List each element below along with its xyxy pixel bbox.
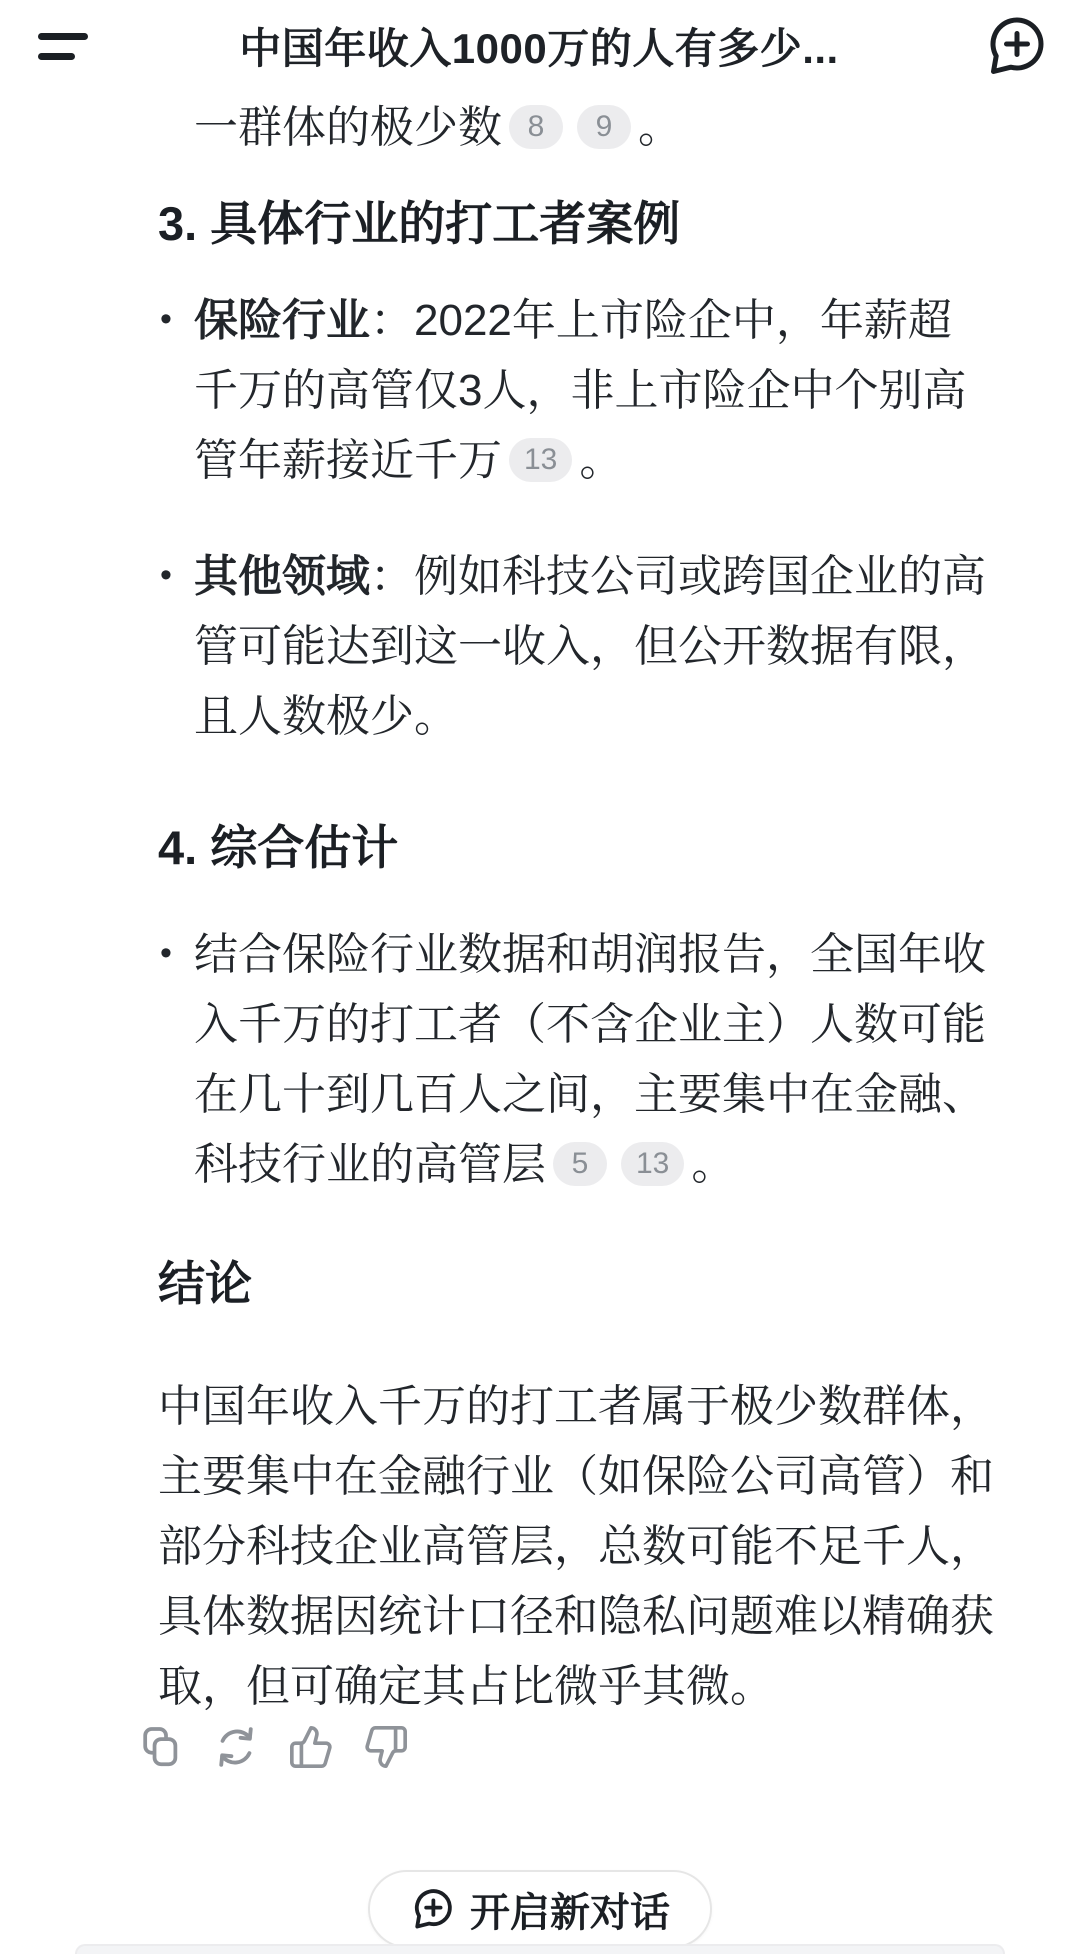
chat-bubble-plus-icon [410, 1887, 454, 1931]
hamburger-icon [38, 33, 88, 40]
citation-badge[interactable]: 13 [621, 1142, 684, 1186]
citation-badge[interactable]: 5 [553, 1142, 607, 1186]
bullet-item: • 其他领域：例如科技公司或跨国企业的高管可能达到这一收入，但公开数据有限，且人… [158, 542, 994, 752]
app-header: 中国年收入1000万的人有多少... [0, 0, 1080, 92]
citation-badge[interactable]: 8 [509, 105, 563, 149]
bullet-item: • 保险行业：2022年上市险企中，年薪超千万的高管仅3人，非上市险企中个别高管… [158, 286, 994, 496]
message-input-bar[interactable] [75, 1944, 1005, 1954]
chat-bubble-plus-icon [983, 14, 1047, 78]
message-action-bar [138, 1722, 1080, 1770]
thumbs-down-icon [363, 1724, 409, 1770]
section-heading: 3. 具体行业的打工者案例 [158, 196, 994, 252]
bullet-bold-label: 其他领域 [194, 552, 370, 601]
message-text: 一群体的极少数 [194, 103, 502, 152]
new-conversation-button[interactable]: 开启新对话 [368, 1870, 712, 1948]
citation-badge[interactable]: 13 [509, 438, 572, 482]
copy-icon [138, 1724, 184, 1770]
regenerate-button[interactable] [213, 1724, 259, 1770]
bullet-item: • 结合保险行业数据和胡润报告，全国年收入千万的打工者（不含企业主）人数可能在几… [158, 920, 994, 1200]
bullet-marker: • [160, 540, 172, 610]
assistant-message: 一群体的极少数89。 3. 具体行业的打工者案例 • 保险行业：2022年上市险… [0, 98, 1080, 1722]
citation-badge[interactable]: 9 [577, 105, 631, 149]
new-conversation-area: 开启新对话 [0, 1870, 1080, 1948]
bullet-bold-label: 保险行业 [194, 296, 370, 345]
new-conversation-label: 开启新对话 [470, 1881, 670, 1938]
bullet-text: 。 [579, 436, 623, 485]
conclusion-paragraph: 中国年收入千万的打工者属于极少数群体，主要集中在金融行业（如保险公司高管）和部分… [158, 1372, 994, 1722]
new-chat-button[interactable] [982, 13, 1048, 79]
section-heading: 结论 [158, 1256, 994, 1312]
menu-button[interactable] [32, 14, 96, 78]
like-button[interactable] [288, 1724, 334, 1770]
bullet-marker: • [160, 918, 172, 988]
dislike-button[interactable] [363, 1724, 409, 1770]
message-text: 。 [638, 103, 682, 152]
thumbs-up-icon [288, 1724, 334, 1770]
chat-title: 中国年收入1000万的人有多少... [96, 16, 982, 76]
bullet-marker: • [160, 284, 172, 354]
copy-button[interactable] [138, 1724, 184, 1770]
section-heading: 4. 综合估计 [158, 820, 994, 876]
bullet-text: 。 [691, 1140, 735, 1189]
regenerate-icon [213, 1724, 259, 1770]
message-line: 一群体的极少数89。 [158, 98, 994, 158]
